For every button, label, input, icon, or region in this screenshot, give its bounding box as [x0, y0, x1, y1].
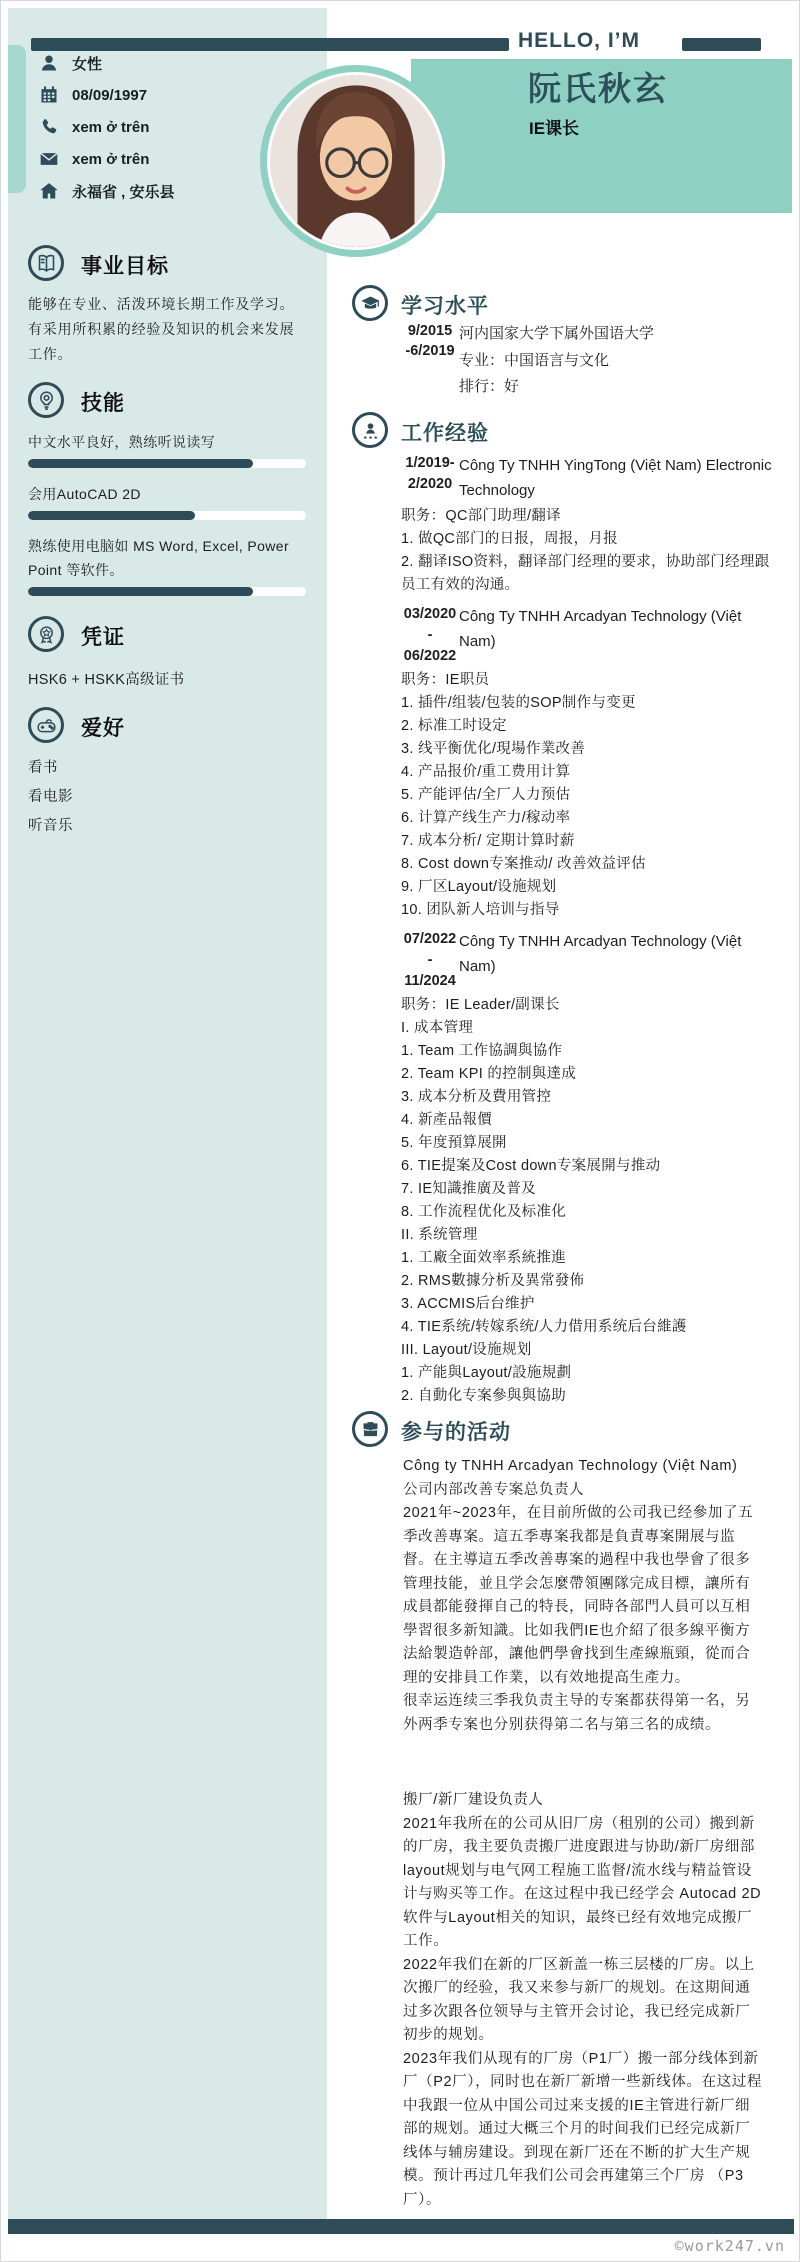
job-duty: 1. 工廠全面效率系統推進: [401, 1247, 774, 1270]
section-title-certificates: 凭证: [81, 621, 125, 651]
book-icon: [28, 245, 64, 281]
job-duty: II. 系统管理: [401, 1224, 774, 1247]
phone-icon: [39, 117, 59, 137]
skills-list: 中文水平良好，熟练听说读写 会用AutoCAD 2D 熟练使用电脑如 MS Wo…: [28, 430, 306, 610]
contact-birthdate-text: 08/09/1997: [72, 87, 147, 104]
hobby-item: 看电影: [28, 783, 73, 812]
job-duty: 4. 新產品報價: [401, 1109, 774, 1132]
contact-address: 永福省 , 安乐县: [39, 175, 175, 207]
skill-item: 中文水平良好，熟练听说读写: [28, 430, 306, 468]
education-school: 河内国家大学下属外国语大学: [459, 321, 654, 348]
hobby-item: 听音乐: [28, 812, 73, 841]
activity-paragraph: Công ty TNHH Arcadyan Technology (Việt N…: [403, 1455, 765, 1479]
activity-paragraph: 2021年~2023年，在目前所做的公司我已经參加了五季改善專案。這五季專案我都…: [403, 1502, 765, 1690]
job-duty: 4. 产品报价/重工费用计算: [401, 761, 774, 784]
education-major: 专业：中国语言与文化: [459, 348, 654, 375]
job-duty: 7. IE知識推廣及普及: [401, 1178, 774, 1201]
job-duty: I. 成本管理: [401, 1017, 774, 1040]
envelope-icon: [39, 149, 59, 169]
job-duty: 2. 翻译ISO资料，翻译部门经理的要求，协助部门经理跟员工有效的沟通。: [401, 551, 774, 597]
activity-paragraph: 2022年我们在新的厂区新盖一栋三层楼的厂房。以上次搬厂的经验，我又来参与新厂的…: [403, 1954, 765, 2048]
job-duty: 1. Team 工作協調與協作: [401, 1040, 774, 1063]
job-date: 1/2019- 2/2020: [401, 453, 459, 503]
job-duty: 1. 做QC部门的日报，周报，月报: [401, 528, 774, 551]
contact-gender: 女性: [39, 47, 175, 79]
section-title-experience: 工作经验: [401, 417, 489, 447]
job-date: 07/2022 - 11/2024: [401, 929, 459, 992]
leader-person-icon: [352, 412, 388, 448]
candidate-job-title: IE课长: [529, 114, 579, 139]
skill-bar-track: [28, 587, 306, 596]
person-icon: [39, 53, 59, 73]
certificate-item: HSK6 + HSKK高级证书: [28, 668, 184, 689]
job-date: 03/2020 - 06/2022: [401, 604, 459, 667]
header-divider-right: [682, 38, 761, 51]
home-icon: [39, 181, 59, 201]
activity-paragraph: 很幸运连续三季我负责主导的专案都获得第一名，另外两季专案也分别获得第二名与第三名…: [403, 1690, 765, 1737]
job-duty: 3. ACCMIS后台维护: [401, 1293, 774, 1316]
job-duty: 2. Team KPI 的控制與達成: [401, 1063, 774, 1086]
job-duty: 5. 产能评估/全厂人力预估: [401, 784, 774, 807]
job-duty: 4. TIE系统/转嫁系统/人力借用系统后台維護: [401, 1316, 774, 1339]
skill-bar-fill: [28, 511, 195, 520]
job-duty: 3. 线平衡优化/現場作業改善: [401, 738, 774, 761]
watermark-text: ©work247.vn: [675, 2237, 785, 2255]
skill-label: 会用AutoCAD 2D: [28, 482, 306, 506]
activity-paragraph: 公司内部改善专案总负责人: [403, 1479, 765, 1503]
section-title-education: 学习水平: [401, 290, 489, 320]
job-duty: 2. 自動化专案參與與協助: [401, 1385, 774, 1408]
job-entry: 03/2020 - 06/2022 Công Ty TNHH Arcadyan …: [401, 604, 774, 922]
job-duty: 5. 年度預算展開: [401, 1132, 774, 1155]
job-company: Công Ty TNHH Arcadyan Technology (Việt N…: [459, 929, 774, 992]
contact-address-text: 永福省 , 安乐县: [72, 181, 175, 202]
objective-text: 能够在专业、活泼环境长期工作及学习。有采用所积累的经验及知识的机会来发展工作。: [28, 292, 308, 367]
education-entry: 9/2015 -6/2019 河内国家大学下属外国语大学 专业：中国语言与文化 …: [401, 321, 774, 401]
job-duty: III. Layout/设施规划: [401, 1339, 774, 1362]
job-entry: 07/2022 - 11/2024 Công Ty TNHH Arcadyan …: [401, 929, 774, 1408]
job-duty: 3. 成本分析及費用管控: [401, 1086, 774, 1109]
skill-item: 会用AutoCAD 2D: [28, 482, 306, 520]
job-duty: 8. 工作流程优化及标准化: [401, 1201, 774, 1224]
job-duty: 1. 插件/组装/包装的SOP制作与变更: [401, 692, 774, 715]
skill-bar-track: [28, 511, 306, 520]
footer-bar: [8, 2219, 794, 2234]
lightbulb-icon: [28, 382, 64, 418]
experience-list: 1/2019- 2/2020 Công Ty TNHH YingTong (Vi…: [401, 453, 774, 1408]
skill-label: 熟练使用电脑如 MS Word, Excel, Power Point 等软件。: [28, 534, 306, 582]
job-role: 职务：QC部门助理/翻译: [401, 505, 774, 528]
contact-list: 女性 08/09/1997 xem ở trên xem ở trên 永福省 …: [39, 47, 175, 207]
section-title-hobbies: 爱好: [81, 712, 125, 742]
job-duty: 9. 厂区Layout/设施规划: [401, 876, 774, 899]
job-company: Công Ty TNHH YingTong (Việt Nam) Electro…: [459, 453, 774, 503]
job-role: 职务：IE Leader/副课长: [401, 994, 774, 1017]
activity-paragraph: 搬厂/新厂建设负责人: [403, 1789, 765, 1813]
contact-birthdate: 08/09/1997: [39, 79, 175, 111]
hello-label: HELLO, I’M: [518, 29, 640, 53]
job-role: 职务：IE职员: [401, 669, 774, 692]
job-duty: 7. 成本分析/ 定期计算时薪: [401, 830, 774, 853]
candidate-name: 阮氏秋玄: [528, 63, 668, 110]
calendar-icon: [39, 85, 59, 105]
skill-bar-track: [28, 459, 306, 468]
contact-gender-text: 女性: [72, 53, 102, 74]
job-duty: 8. Cost down专案推动/ 改善效益评估: [401, 853, 774, 876]
education-rank: 排行：好: [459, 374, 654, 401]
activities-text: Công ty TNHH Arcadyan Technology (Việt N…: [403, 1455, 765, 2212]
resume-page: HELLO, I’M 阮氏秋玄 IE课长 女性: [0, 0, 800, 2262]
hobby-item: 看书: [28, 754, 73, 783]
job-duty: 10. 团队新人培训与指导: [401, 899, 774, 922]
contact-email-text: xem ở trên: [72, 151, 149, 168]
job-company: Công Ty TNHH Arcadyan Technology (Việt N…: [459, 604, 774, 667]
skill-label: 中文水平良好，熟练听说读写: [28, 430, 306, 454]
education-date: 9/2015 -6/2019: [401, 321, 459, 401]
job-duty: 6. 计算产线生产力/稼动率: [401, 807, 774, 830]
section-title-objective: 事业目标: [81, 250, 169, 280]
activity-paragraph: 2023年我们从现有的厂房（P1厂）搬一部分线体到新厂（P2厂），同时也在新厂新…: [403, 2048, 765, 2213]
job-entry: 1/2019- 2/2020 Công Ty TNHH YingTong (Vi…: [401, 453, 774, 597]
skill-bar-fill: [28, 459, 253, 468]
contact-phone-text: xem ở trên: [72, 119, 149, 136]
activity-paragraph: 2021年我所在的公司从旧厂房（租别的公司）搬到新的厂房，我主要负责搬厂进度跟进…: [403, 1813, 765, 1954]
skill-bar-fill: [28, 587, 253, 596]
graduation-cap-icon: [352, 285, 388, 321]
section-title-skills: 技能: [81, 387, 125, 417]
contact-phone: xem ở trên: [39, 111, 175, 143]
contact-email: xem ở trên: [39, 143, 175, 175]
education-details: 河内国家大学下属外国语大学 专业：中国语言与文化 排行：好: [459, 321, 654, 401]
avatar-illustration: [270, 75, 442, 247]
section-title-activities: 参与的活动: [401, 1416, 511, 1446]
contact-accent-bar: [8, 45, 26, 193]
profile-photo-image: [270, 75, 442, 247]
briefcase-icon: [352, 1411, 388, 1447]
job-duty: 2. 标准工时设定: [401, 715, 774, 738]
gamepad-icon: [28, 707, 64, 743]
medal-icon: [28, 616, 64, 652]
skill-item: 熟练使用电脑如 MS Word, Excel, Power Point 等软件。: [28, 534, 306, 596]
hobbies-list: 看书 看电影 听音乐: [28, 754, 73, 841]
profile-photo: [260, 65, 452, 257]
job-duty: 2. RMS數據分析及異常發佈: [401, 1270, 774, 1293]
job-duty: 6. TIE提案及Cost down专案展開与推动: [401, 1155, 774, 1178]
job-duty: 1. 产能與Layout/設施規劃: [401, 1362, 774, 1385]
